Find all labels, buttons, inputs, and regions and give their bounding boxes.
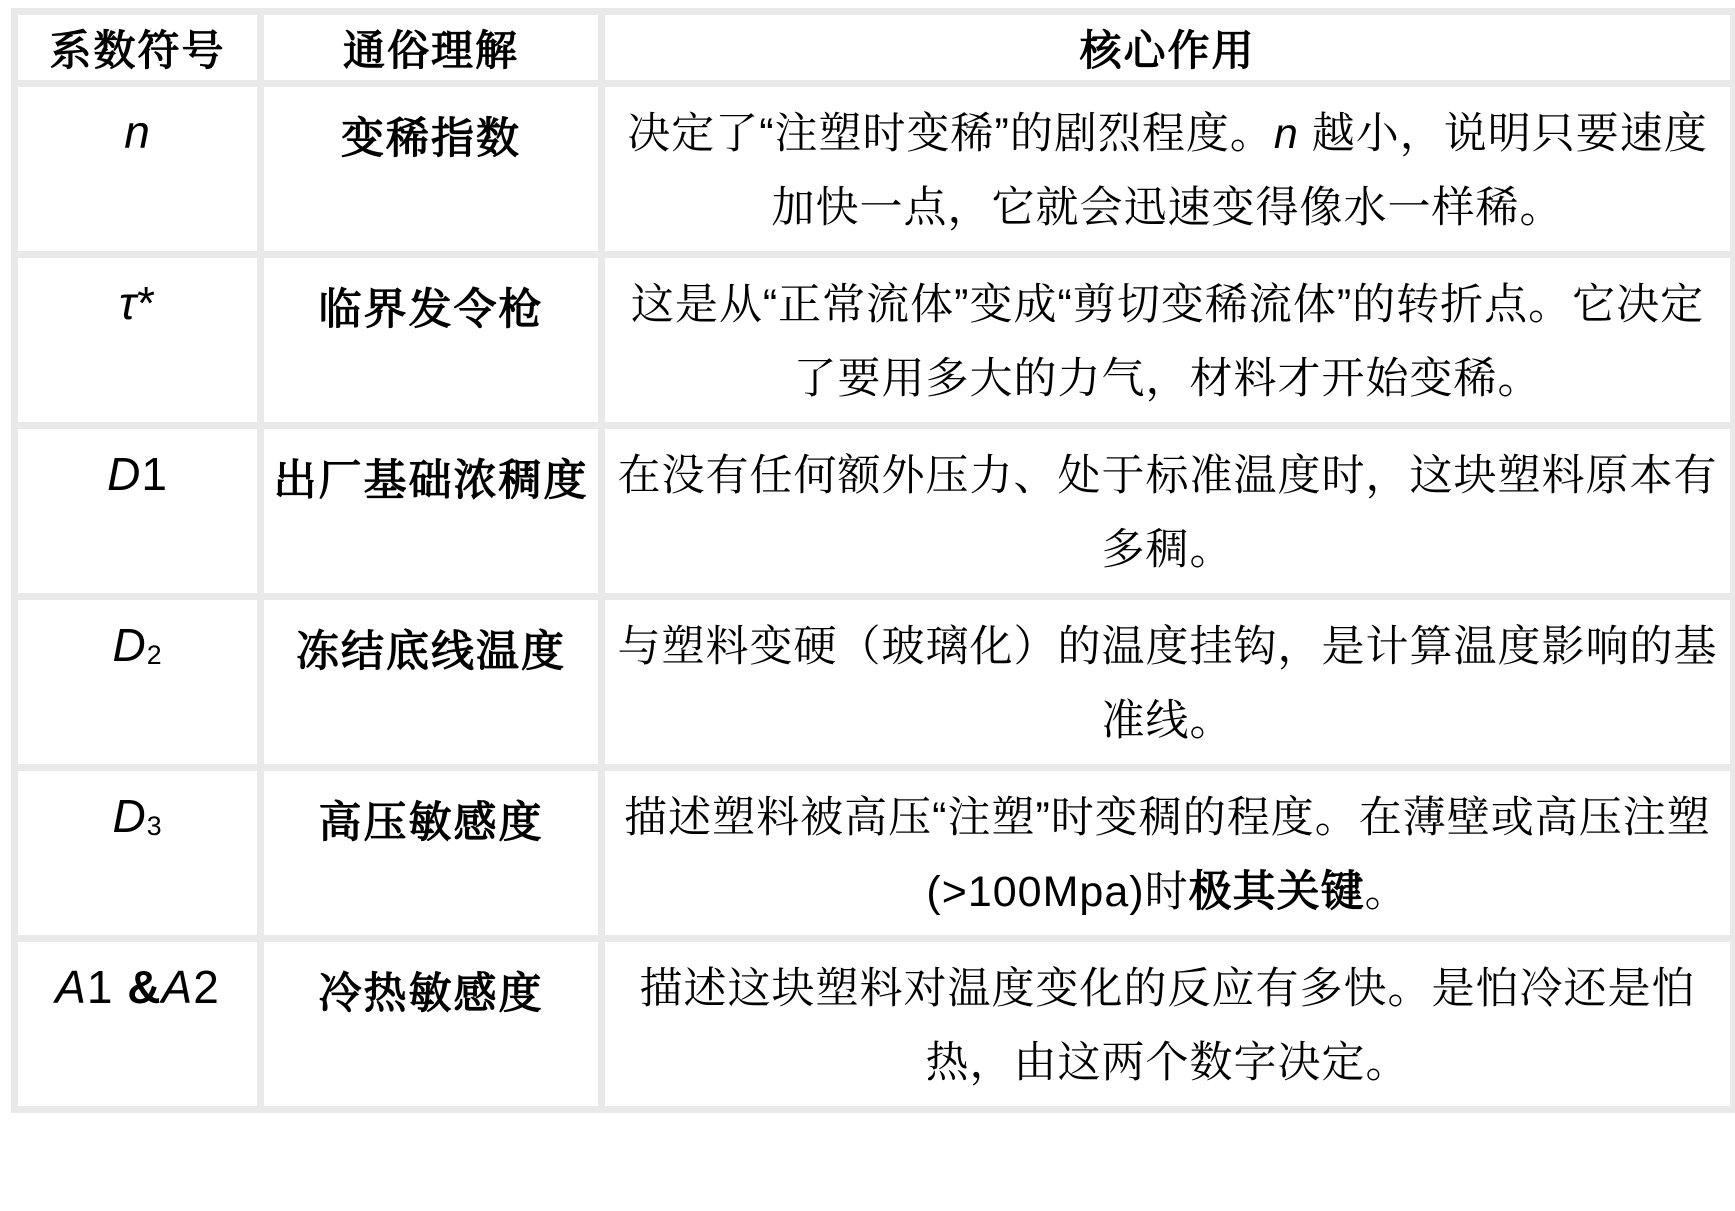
desc-cell: 描述这块塑料对温度变化的反应有多快。是怕冷还是怕热，由这两个数字决定。 [602,939,1734,1110]
label-cell: 出厂基础浓稠度 [261,426,602,597]
table-header: 系数符号 通俗理解 核心作用 [15,12,1734,84]
desc-cell: 描述塑料被高压“注塑”时变稠的程度。在薄壁或高压注塑(>100Mpa)时极其关键… [602,768,1734,939]
label-text: 出厂基础浓稠度 [274,457,589,505]
label-cell: 冻结底线温度 [261,597,602,768]
desc-text: 极其关键 [1189,868,1365,916]
table-row: n变稀指数决定了“注塑时变稀”的剧烈程度。n 越小，说明只要速度加快一点，它就会… [15,84,1734,255]
symbol-text: D [112,619,146,671]
header-row: 系数符号 通俗理解 核心作用 [15,12,1734,84]
desc-cell: 决定了“注塑时变稀”的剧烈程度。n 越小，说明只要速度加快一点，它就会迅速变得像… [602,84,1734,255]
desc-text: n [1274,110,1299,158]
desc-text: 这是从“正常流体”变成“剪切变稀流体”的转折点。它决定了要用多大的力气，材料才开… [631,281,1704,403]
symbol-text: A [55,961,87,1013]
symbol-text: D [107,448,141,500]
symbol-text: D [112,790,146,842]
desc-cell: 这是从“正常流体”变成“剪切变稀流体”的转折点。它决定了要用多大的力气，材料才开… [602,255,1734,426]
coefficient-table: 系数符号 通俗理解 核心作用 n变稀指数决定了“注塑时变稀”的剧烈程度。n 越小… [11,8,1735,1113]
label-cell: 高压敏感度 [261,768,602,939]
label-text: 冻结底线温度 [296,628,566,676]
symbol-cell: A1 &A2 [15,939,261,1110]
desc-text: 在没有任何额外压力、处于标准温度时，这块塑料原本有多稠。 [618,452,1718,574]
header-symbol: 系数符号 [15,12,261,84]
symbol-cell: D1 [15,426,261,597]
symbol-text: τ [119,277,137,329]
desc-text: 描述塑料被高压“注塑”时变稠的程度。在薄壁或高压注塑(>100Mpa)时 [624,794,1711,916]
table-body: n变稀指数决定了“注塑时变稀”的剧烈程度。n 越小，说明只要速度加快一点，它就会… [15,84,1734,1110]
symbol-cell: D3 [15,768,261,939]
symbol-text: n [124,106,151,158]
symbol-text: & [127,961,161,1013]
symbol-text: 3 [147,811,163,841]
desc-text: 决定了“注塑时变稀”的剧烈程度。 [627,110,1274,158]
label-text: 变稀指数 [341,115,521,163]
symbol-cell: n [15,84,261,255]
symbol-cell: D2 [15,597,261,768]
symbol-text: * [137,277,156,329]
symbol-text: 1 [141,448,168,500]
desc-cell: 与塑料变硬（玻璃化）的温度挂钩，是计算温度影响的基准线。 [602,597,1734,768]
header-function: 核心作用 [602,12,1734,84]
desc-text: 描述这块塑料对温度变化的反应有多快。是怕冷还是怕热，由这两个数字决定。 [640,965,1696,1087]
symbol-text: A [162,961,194,1013]
symbol-cell: τ* [15,255,261,426]
table-row: D3高压敏感度描述塑料被高压“注塑”时变稠的程度。在薄壁或高压注塑(>100Mp… [15,768,1734,939]
desc-cell: 在没有任何额外压力、处于标准温度时，这块塑料原本有多稠。 [602,426,1734,597]
table-row: τ*临界发令枪这是从“正常流体”变成“剪切变稀流体”的转折点。它决定了要用多大的… [15,255,1734,426]
label-cell: 临界发令枪 [261,255,602,426]
desc-text: 。 [1365,868,1409,916]
label-text: 临界发令枪 [319,286,544,334]
table-row: D1出厂基础浓稠度在没有任何额外压力、处于标准温度时，这块塑料原本有多稠。 [15,426,1734,597]
label-cell: 冷热敏感度 [261,939,602,1110]
page: 系数符号 通俗理解 核心作用 n变稀指数决定了“注塑时变稀”的剧烈程度。n 越小… [0,8,1735,1211]
table-row: A1 &A2冷热敏感度描述这块塑料对温度变化的反应有多快。是怕冷还是怕热，由这两… [15,939,1734,1110]
symbol-text: 1 [87,961,127,1013]
label-text: 高压敏感度 [319,799,544,847]
label-cell: 变稀指数 [261,84,602,255]
desc-text: 与塑料变硬（玻璃化）的温度挂钩，是计算温度影响的基准线。 [618,623,1718,745]
symbol-text: 2 [193,961,220,1013]
table-row: D2冻结底线温度与塑料变硬（玻璃化）的温度挂钩，是计算温度影响的基准线。 [15,597,1734,768]
symbol-text: 2 [147,640,163,670]
label-text: 冷热敏感度 [319,970,544,1018]
header-meaning: 通俗理解 [261,12,602,84]
